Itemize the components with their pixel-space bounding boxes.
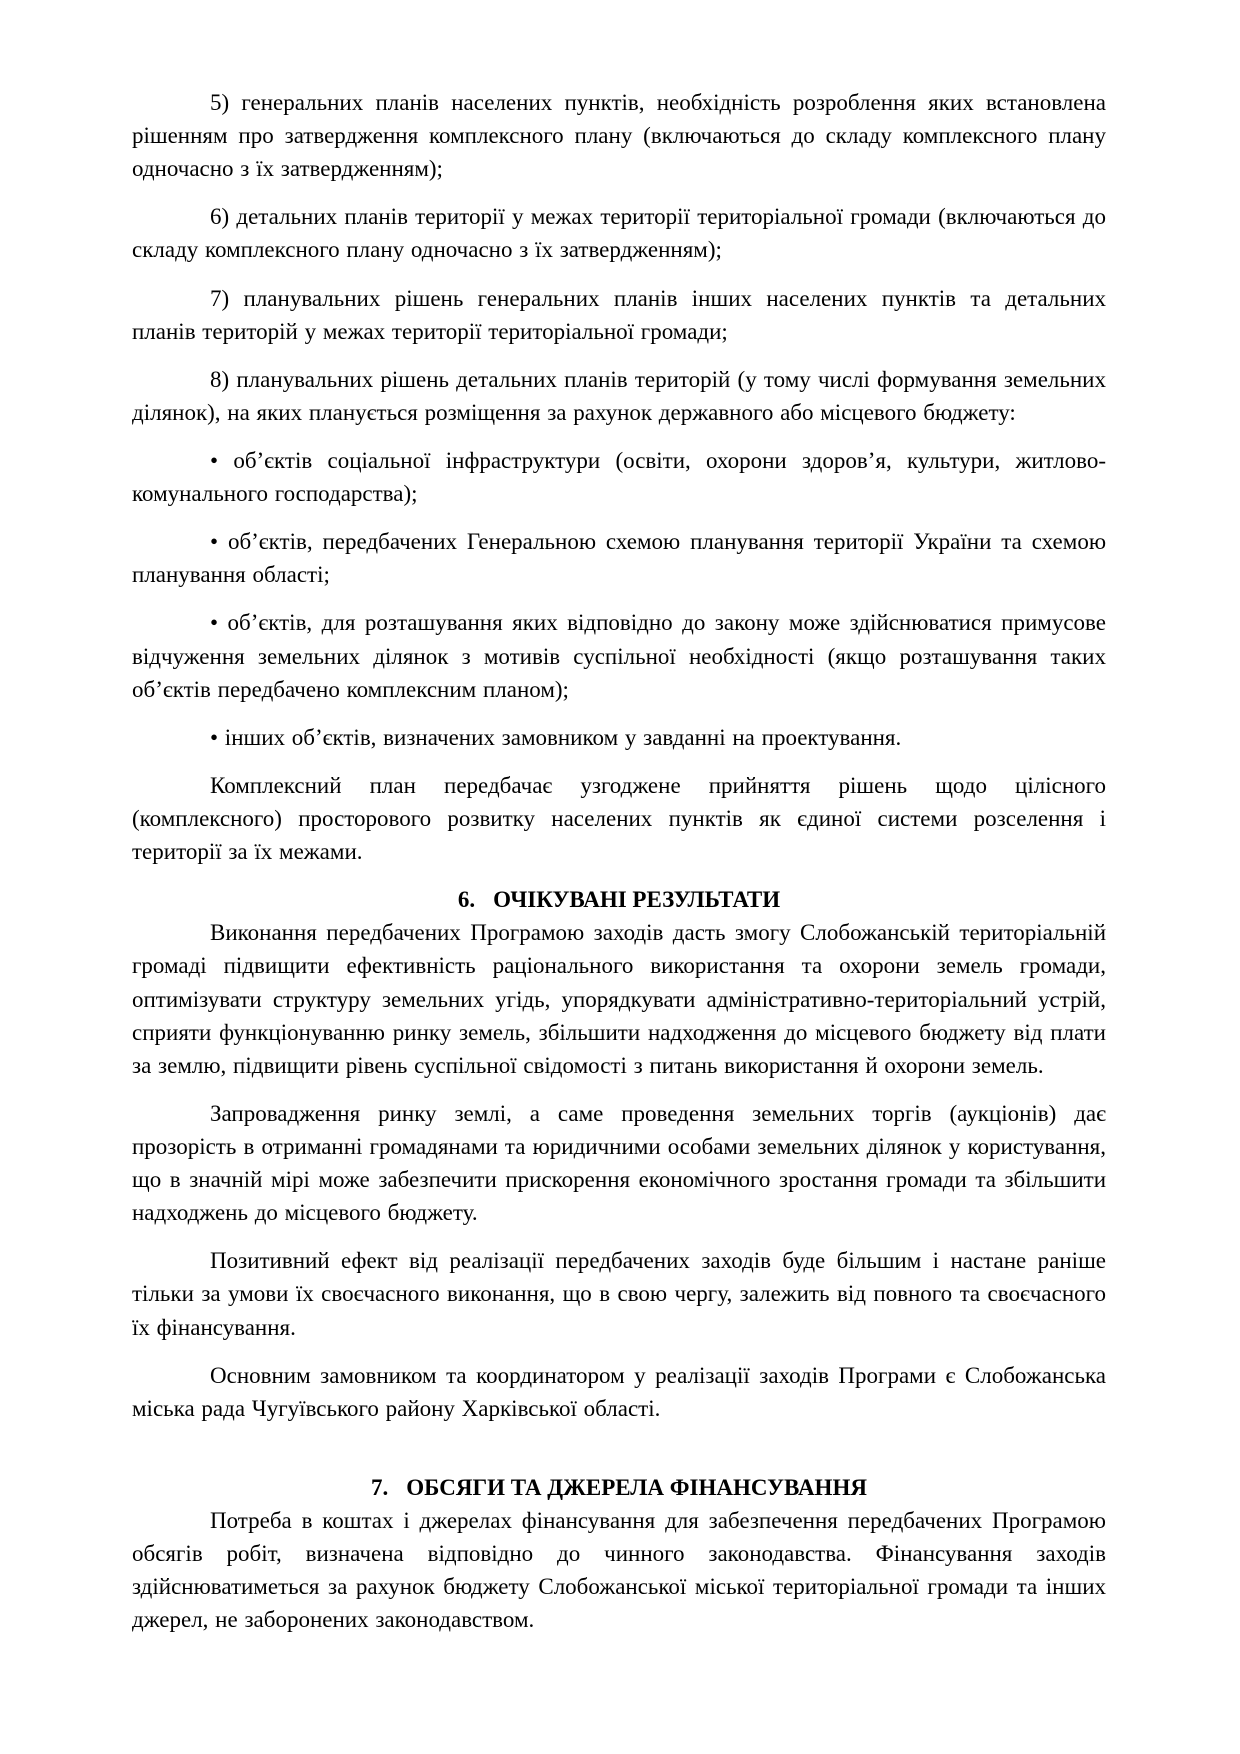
bullet-item-social-infrastructure: • об’єктів соціальної інфраструктури (ос… [132, 444, 1106, 510]
section-title: ОЧІКУВАНІ РЕЗУЛЬТАТИ [493, 887, 780, 912]
paragraph-main-customer: Основним замовником та координатором у р… [132, 1359, 1106, 1425]
numbered-item-5: 5) генеральних планів населених пунктів,… [132, 86, 1106, 185]
document-page: 5) генеральних планів населених пунктів,… [0, 0, 1240, 1754]
paragraph-positive-effect: Позитивний ефект від реалізації передбач… [132, 1244, 1106, 1343]
section-number: 6. [458, 887, 475, 912]
section-title: ОБСЯГИ ТА ДЖЕРЕЛА ФІНАНСУВАННЯ [406, 1475, 867, 1500]
bullet-item-general-scheme: • об’єктів, передбачених Генеральною схе… [132, 525, 1106, 591]
bullet-item-forced-alienation: • об’єктів, для розташування яких відпов… [132, 606, 1106, 705]
paragraph-complex-plan: Комплексний план передбачає узгоджене пр… [132, 769, 1106, 868]
section-number: 7. [371, 1475, 388, 1500]
numbered-item-8: 8) планувальних рішень детальних планів … [132, 363, 1106, 429]
paragraph-financing-needs: Потреба в коштах і джерелах фінансування… [132, 1504, 1106, 1636]
bullet-item-other-objects: • інших об’єктів, визначених замовником … [132, 721, 1106, 754]
paragraph-results-implementation: Виконання передбачених Програмою заходів… [132, 916, 1106, 1082]
section-heading-expected-results: 6.ОЧІКУВАНІ РЕЗУЛЬТАТИ [132, 883, 1106, 916]
numbered-item-7: 7) планувальних рішень генеральних плані… [132, 282, 1106, 348]
paragraph-land-market: Запровадження ринку землі, а саме провед… [132, 1097, 1106, 1229]
numbered-item-6: 6) детальних планів території у межах те… [132, 200, 1106, 266]
section-heading-financing: 7.ОБСЯГИ ТА ДЖЕРЕЛА ФІНАНСУВАННЯ [132, 1471, 1106, 1504]
